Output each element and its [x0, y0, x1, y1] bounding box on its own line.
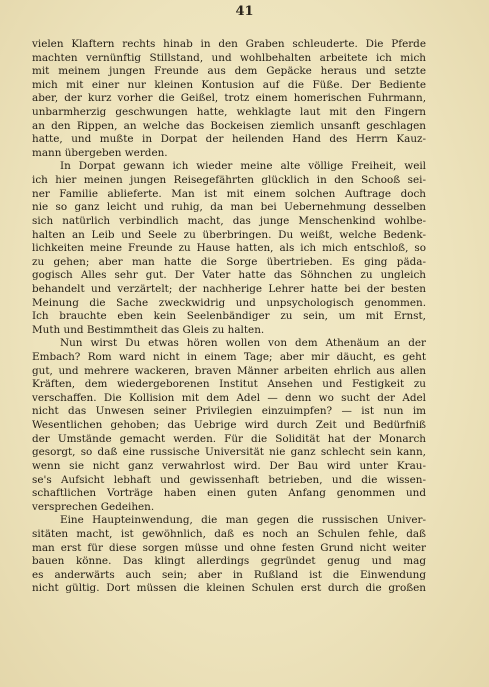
text-line: Embach? Rom ward nicht in einem Tage; ab…: [32, 351, 426, 365]
text-line: hatte, und mußte in Dorpat der heilenden…: [32, 133, 426, 147]
text-line: nicht gültig. Dort müssen die kleinen Sc…: [32, 582, 426, 596]
text-line: mich mit einer nur kleinen Kontusion auf…: [32, 79, 426, 93]
text-line: In Dorpat gewann ich wieder meine alte v…: [32, 160, 426, 174]
book-page: 41 vielen Klaftern rechts hinab in den G…: [0, 0, 489, 687]
text-line: ner Familie ablieferte. Man ist mit eine…: [32, 188, 426, 202]
text-line: Nun wirst Du etwas hören wollen von dem …: [32, 337, 426, 351]
text-line: behandelt und verzärtelt; der nachherige…: [32, 283, 426, 297]
text-line: gut, und mehrere wackeren, braven Männer…: [32, 365, 426, 379]
text-line: Kräften, dem wiedergeborenen Institut An…: [32, 378, 426, 392]
text-line: vielen Klaftern rechts hinab in den Grab…: [32, 38, 426, 52]
text-line: es anderwärts auch sein; aber in Rußland…: [32, 569, 426, 583]
text-line: sitäten macht, ist gewöhnlich, daß es no…: [32, 528, 426, 542]
text-line: gogisch Alles sehr gut. Der Vater hatte …: [32, 269, 426, 283]
text-line: ich hier meinen jungen Reisegefährten gl…: [32, 174, 426, 188]
text-line: gesorgt, so daß eine russische Universit…: [32, 446, 426, 460]
text-line: mit meinem jungen Freunde aus dem Gepäck…: [32, 65, 426, 79]
text-line: versprechen Gedeihen.: [32, 501, 426, 515]
text-line: halten an Leib und Seele zu überbringen.…: [32, 229, 426, 243]
text-line: Ich brauchte eben kein Seelenbändiger zu…: [32, 310, 426, 324]
text-line: aber, der kurz vorher die Geißel, trotz …: [32, 92, 426, 106]
text-line: lichkeiten meine Freunde zu Hause hatten…: [32, 242, 426, 256]
text-line: nie so ganz leicht und ruhig, da man bei…: [32, 201, 426, 215]
page-number: 41: [0, 4, 489, 19]
text-line: an den Rippen, an welche das Bockeisen z…: [32, 120, 426, 134]
text-line: machten vernünftig Stillstand, und wohlb…: [32, 52, 426, 66]
text-line: se's Aufsicht lebhaft und gewissenhaft b…: [32, 474, 426, 488]
text-line: der Umstände gemacht werden. Für die Sol…: [32, 433, 426, 447]
text-line: schaftlichen Vorträge haben einen guten …: [32, 487, 426, 501]
body-text: vielen Klaftern rechts hinab in den Grab…: [32, 38, 426, 596]
text-line: verschaffen. Die Kollision mit dem Adel …: [32, 392, 426, 406]
text-line: nicht das Unwesen seiner Privilegien ein…: [32, 405, 426, 419]
text-line: man erst für diese sorgen müsse und ohne…: [32, 542, 426, 556]
text-line: Meinung die Sache zweckwidrig und unpsyc…: [32, 297, 426, 311]
text-line: Wesentlichen gehoben; das Uebrige wird d…: [32, 419, 426, 433]
text-line: unbarmherzig geschwungen hatte, wehklagt…: [32, 106, 426, 120]
text-line: Eine Haupteinwendung, die man gegen die …: [32, 514, 426, 528]
text-line: wenn sie nicht ganz verwahrlost wird. De…: [32, 460, 426, 474]
text-line: mann übergeben werden.: [32, 147, 426, 161]
text-line: Muth und Bestimmtheit das Gleis zu halte…: [32, 324, 426, 338]
text-line: sich natürlich verbindlich macht, das ju…: [32, 215, 426, 229]
text-line: zu gehen; aber man hatte die Sorge übert…: [32, 256, 426, 270]
text-line: bauen könne. Das klingt allerdings gegrü…: [32, 555, 426, 569]
